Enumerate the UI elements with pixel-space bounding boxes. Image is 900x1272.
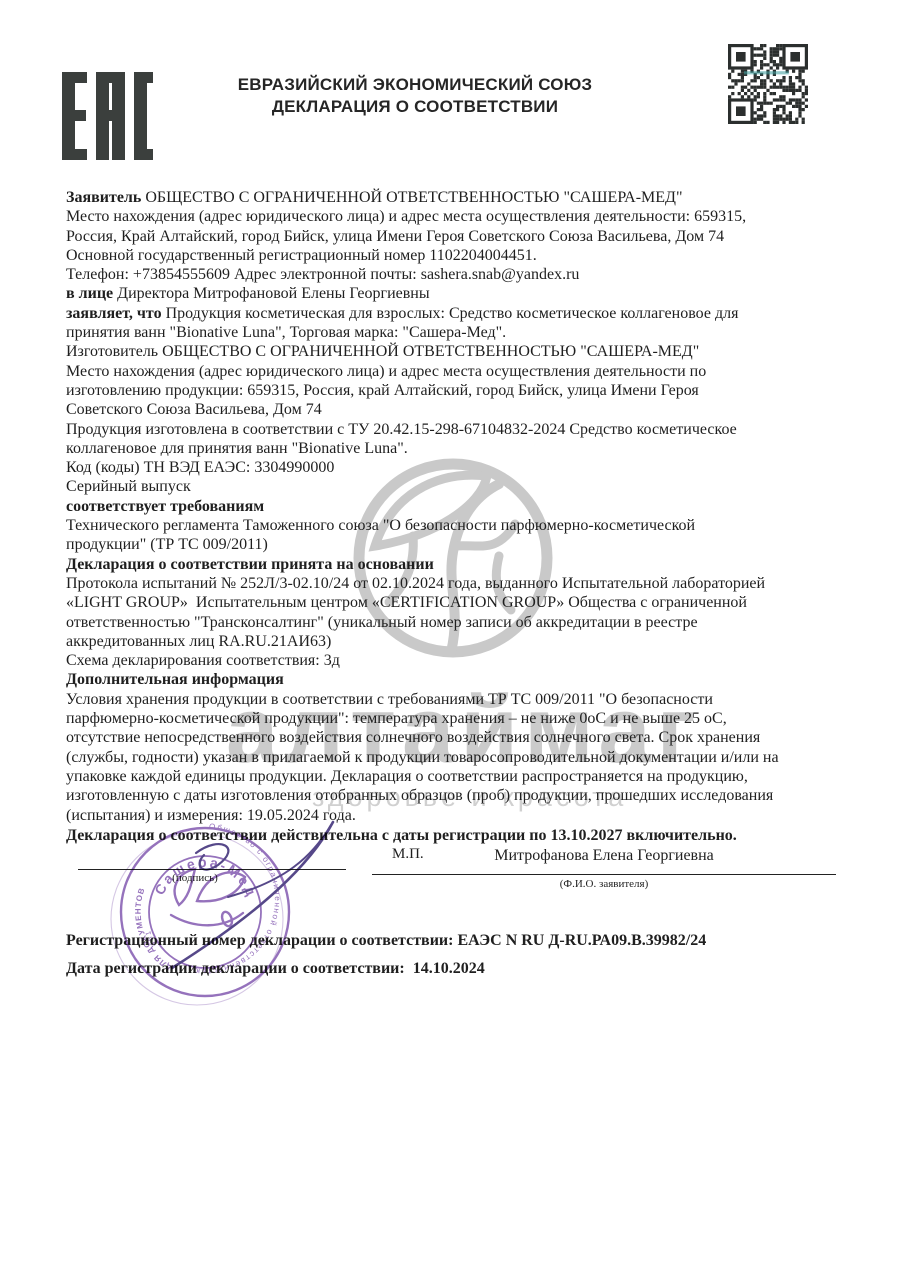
declaration-body: Заявитель ОБЩЕСТВО С ОГРАНИЧЕННОЙ ОТВЕТС… <box>66 188 846 825</box>
body-line: Основной государственный регистрационный… <box>66 246 846 265</box>
title-line-1: ЕВРАЗИЙСКИЙ ЭКОНОМИЧЕСКИЙ СОЮЗ <box>180 74 650 96</box>
body-line: Дополнительная информация <box>66 670 846 689</box>
body-line: упаковке каждой единицы продукции. Декла… <box>66 767 846 786</box>
stamp-doc-text: ДЛЯ ДОКУМЕНТОВ <box>134 886 174 972</box>
body-line: Технического регламента Таможенного союз… <box>66 516 846 535</box>
body-line: Изготовитель ОБЩЕСТВО С ОГРАНИЧЕННОЙ ОТВ… <box>66 342 846 361</box>
body-line: Советского Союза Васильева, Дом 74 <box>66 400 846 419</box>
body-line: аккредитованных лиц RA.RU.21АИ63) <box>66 632 846 651</box>
document-title: ЕВРАЗИЙСКИЙ ЭКОНОМИЧЕСКИЙ СОЮЗ ДЕКЛАРАЦИ… <box>180 74 650 118</box>
applicant-name-caption: (Ф.И.О. заявителя) <box>372 878 836 890</box>
body-line: заявляет, что Продукция косметическая дл… <box>66 304 846 323</box>
svg-text:ДЛЯ ДОКУМЕНТОВ: ДЛЯ ДОКУМЕНТОВ <box>134 886 174 972</box>
title-line-2: ДЕКЛАРАЦИЯ О СООТВЕТСТВИИ <box>180 96 650 118</box>
body-line: Россия, Край Алтайский, город Бийск, ули… <box>66 227 846 246</box>
body-line: продукции" (ТР ТС 009/2011) <box>66 535 846 554</box>
body-line: соответствует требованиям <box>66 497 846 516</box>
body-line: (службы, годности) указан в прилагаемой … <box>66 748 846 767</box>
qr-code-icon <box>728 44 808 124</box>
body-line: «LIGHT GROUP» Испытательным центром «CER… <box>66 593 846 612</box>
body-line: парфюмерно-косметической продукции": тем… <box>66 709 846 728</box>
body-line: Серийный выпуск <box>66 477 846 496</box>
company-stamp: Общество с ограниченной ответственностью… <box>100 805 350 1015</box>
applicant-name-line <box>372 874 836 875</box>
body-line: Место нахождения (адрес юридического лиц… <box>66 362 846 381</box>
body-line: Протокола испытаний № 252Л/3-02.10/24 от… <box>66 574 846 593</box>
eac-logo-icon <box>60 70 154 162</box>
body-line: Продукция изготовлена в соответствии с Т… <box>66 420 846 439</box>
body-line: изготовлению продукции: 659315, Россия, … <box>66 381 846 400</box>
body-line: в лице Директора Митрофановой Елены Геор… <box>66 284 846 303</box>
body-line: ответственностью "Трансконсалтинг" (уник… <box>66 613 846 632</box>
body-line: коллагеновое для принятия ванн "Bionativ… <box>66 439 846 458</box>
body-line: Код (коды) ТН ВЭД ЕАЭС: 3304990000 <box>66 458 846 477</box>
body-line: изготовленную с даты изготовления отобра… <box>66 786 846 805</box>
body-line: Место нахождения (адрес юридического лиц… <box>66 207 846 226</box>
body-line: Условия хранения продукции в соответстви… <box>66 690 846 709</box>
body-line: Телефон: +73854555609 Адрес электронной … <box>66 265 846 284</box>
body-line: Декларация о соответствии принята на осн… <box>66 555 846 574</box>
applicant-name: Митрофанова Елена Георгиевна <box>372 847 836 865</box>
body-line: Схема декларирования соответствия: 3д <box>66 651 846 670</box>
body-line: Заявитель ОБЩЕСТВО С ОГРАНИЧЕННОЙ ОТВЕТС… <box>66 188 846 207</box>
declaration-document: ЕВРАЗИЙСКИЙ ЭКОНОМИЧЕСКИЙ СОЮЗ ДЕКЛАРАЦИ… <box>0 0 900 1272</box>
body-line: отсутствие непосредственного воздействия… <box>66 728 846 747</box>
body-line: принятия ванн "Bionative Luna", Торговая… <box>66 323 846 342</box>
